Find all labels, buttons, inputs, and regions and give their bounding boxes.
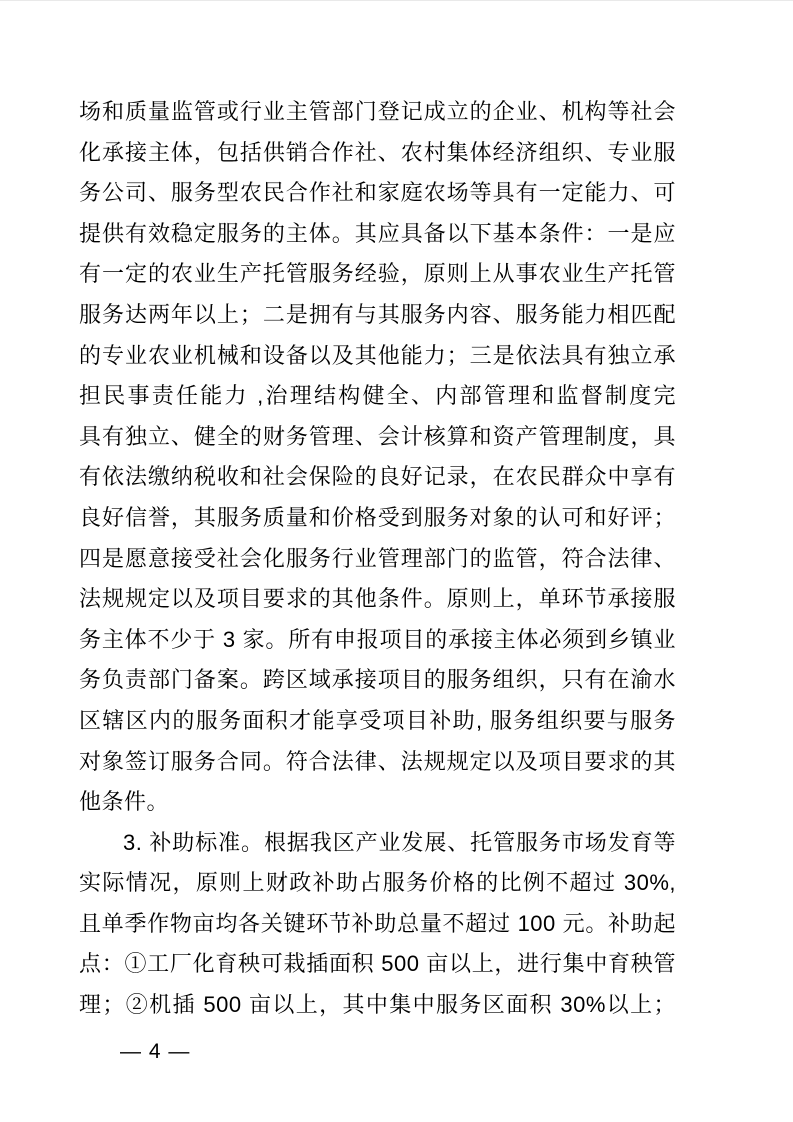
text-line: 务公司、服务型农民合作社和家庭农场等具有一定能力、可 — [79, 173, 676, 214]
document-page: 场和质量监管或行业主管部门登记成立的企业、机构等社会 化承接主体，包括供销合作社… — [0, 0, 793, 1122]
text-line: 有依法缴纳税收和社会保险的良好记录，在农民群众中享有 — [79, 457, 676, 498]
text-line: 的专业农业机械和设备以及其他能力；三是依法具有独立承 — [79, 336, 676, 377]
text-line: 且单季作物亩均各关键环节补助总量不超过 100 元。补助起 — [79, 904, 676, 945]
text-line: 点：①工厂化育秧可栽插面积 500 亩以上，进行集中育秧管 — [79, 944, 676, 985]
text-line: 理；②机插 500 亩以上，其中集中服务区面积 30%以上；③ — [79, 985, 676, 1026]
text-line: 场和质量监管或行业主管部门登记成立的企业、机构等社会 — [79, 92, 676, 133]
text-line: 四是愿意接受社会化服务行业管理部门的监管，符合法律、 — [79, 539, 676, 580]
text-line: 具有独立、健全的财务管理、会计核算和资产管理制度，具 — [79, 417, 676, 458]
text-line: 服务达两年以上；二是拥有与其服务内容、服务能力相匹配 — [79, 295, 676, 336]
text-line: 担民事责任能力 ,治理结构健全、内部管理和监督制度完善， — [79, 376, 676, 417]
text-line: 3. 补助标准。根据我区产业发展、托管服务市场发育等 — [79, 823, 676, 864]
paragraph-subsidy-standard: 3. 补助标准。根据我区产业发展、托管服务市场发育等 实际情况，原则上财政补助占… — [79, 823, 676, 1026]
body-text: 场和质量监管或行业主管部门登记成立的企业、机构等社会 化承接主体，包括供销合作社… — [79, 92, 676, 1026]
text-line: 务负责部门备案。跨区域承接项目的服务组织，只有在渝水 — [79, 660, 676, 701]
text-line: 化承接主体，包括供销合作社、农村集体经济组织、专业服 — [79, 133, 676, 174]
paragraph-continuation: 场和质量监管或行业主管部门登记成立的企业、机构等社会 化承接主体，包括供销合作社… — [79, 92, 676, 823]
scan-edge-line — [0, 0, 793, 1]
page-number: — 4 — — [120, 1038, 190, 1066]
text-line: 实际情况，原则上财政补助占服务价格的比例不超过 30%, — [79, 863, 676, 904]
text-line: 对象签订服务合同。符合法律、法规规定以及项目要求的其 — [79, 742, 676, 783]
text-line: 法规规定以及项目要求的其他条件。原则上，单环节承接服 — [79, 579, 676, 620]
text-line: 良好信誉，其服务质量和价格受到服务对象的认可和好评； — [79, 498, 676, 539]
text-line: 他条件。 — [79, 782, 676, 823]
text-line: 提供有效稳定服务的主体。其应具备以下基本条件：一是应 — [79, 214, 676, 255]
text-line: 区辖区内的服务面积才能享受项目补助, 服务组织要与服务 — [79, 701, 676, 742]
text-line: 务主体不少于 3 家。所有申报项目的承接主体必须到乡镇业 — [79, 620, 676, 661]
text-line: 有一定的农业生产托管服务经验，原则上从事农业生产托管 — [79, 254, 676, 295]
